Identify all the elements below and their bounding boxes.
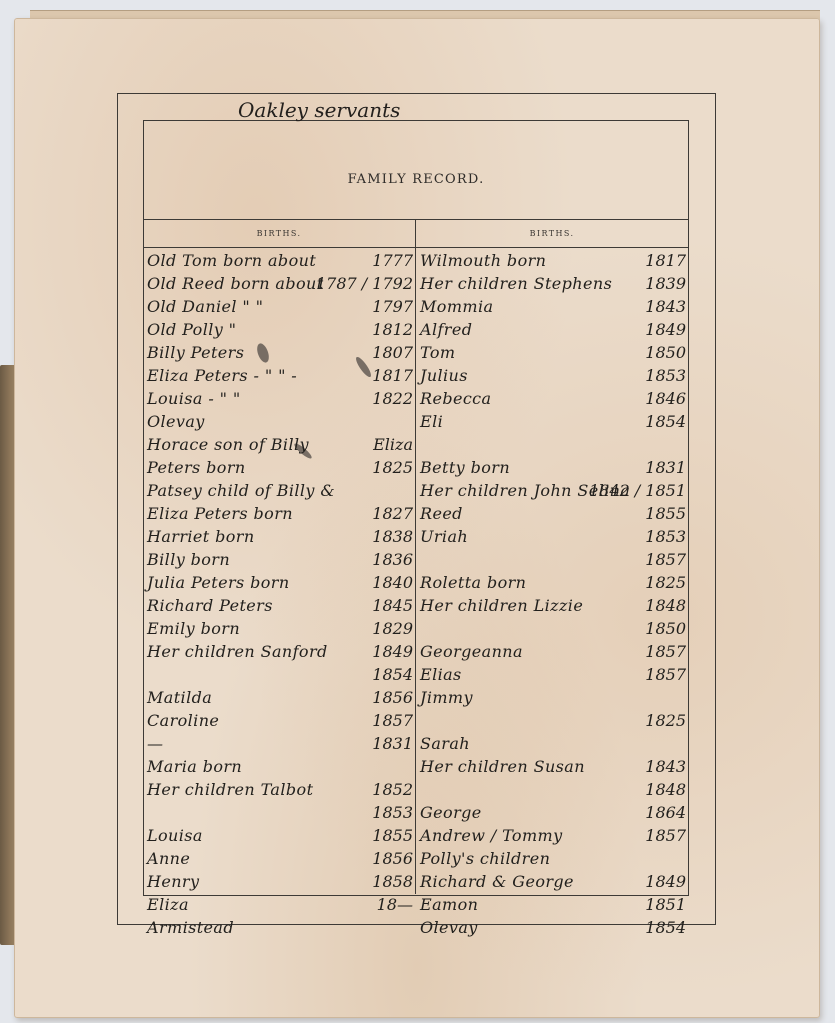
entry-year: 1843 <box>645 297 686 316</box>
entry-year: 1849 <box>645 872 686 891</box>
entry-year: 1797 <box>372 297 413 316</box>
entry-name: George <box>420 803 482 822</box>
births-header-left: BIRTHS. <box>143 229 415 238</box>
birth-entry: Maria born <box>147 755 415 778</box>
entry-name: Polly's children <box>420 849 550 868</box>
birth-entry: Mommia1843 <box>420 295 688 318</box>
birth-entry: Olevay <box>147 410 415 433</box>
entry-name: Georgeanna <box>420 642 523 661</box>
entry-name: Rebecca <box>420 389 492 408</box>
entry-name: Mommia <box>420 297 493 316</box>
birth-entry: Old Polly "1812 <box>147 318 415 341</box>
birth-entry: Wilmouth born1817 <box>420 249 688 272</box>
entry-name: Caroline <box>147 711 219 730</box>
entry-year: 1851 <box>645 895 686 914</box>
entry-year: 1846 <box>645 389 686 408</box>
entry-year: 1854 <box>645 412 686 431</box>
entry-name: Eliza Peters - " " - <box>147 366 297 385</box>
birth-entry: George1864 <box>420 801 688 824</box>
birth-entry: Horace son of BillyEliza <box>147 433 415 456</box>
entry-name: Tom <box>420 343 455 362</box>
entry-year: 1825 <box>372 458 413 477</box>
birth-entry: Billy Peters1807 <box>147 341 415 364</box>
entry-year: 1836 <box>372 550 413 569</box>
birth-entry: Reed1855 <box>420 502 688 525</box>
birth-entry <box>420 433 688 456</box>
entry-name: — <box>147 734 163 753</box>
entry-year: 1854 <box>372 665 413 684</box>
birth-entry: Her children Susan1843 <box>420 755 688 778</box>
entry-year: 1831 <box>645 458 686 477</box>
entry-name: Maria born <box>147 757 242 776</box>
entry-year: 1853 <box>645 366 686 385</box>
birth-entry: Julia Peters born1840 <box>147 571 415 594</box>
entry-year: 1857 <box>372 711 413 730</box>
birth-entry: Sarah <box>420 732 688 755</box>
birth-entry: Eliza18— <box>147 893 415 916</box>
birth-entry: Richard & George1849 <box>420 870 688 893</box>
entry-year: 1864 <box>645 803 686 822</box>
page-title: FAMILY RECORD. <box>143 172 689 187</box>
birth-entry: Peters born1825 <box>147 456 415 479</box>
entry-year: 1842 / 1851 <box>589 481 686 500</box>
entry-name: Armistead <box>147 918 234 937</box>
birth-entry: Jimmy <box>420 686 688 709</box>
entry-year: 1857 <box>645 826 686 845</box>
entry-year: 1850 <box>645 619 686 638</box>
birth-entry: Louisa1855 <box>147 824 415 847</box>
birth-entry: Caroline1857 <box>147 709 415 732</box>
entry-name: Olevay <box>420 918 478 937</box>
entry-name: Julius <box>420 366 468 385</box>
birth-entry: Henry1858 <box>147 870 415 893</box>
entry-name: Olevay <box>147 412 205 431</box>
birth-entry: Old Daniel " "1797 <box>147 295 415 318</box>
entry-year: 1853 <box>372 803 413 822</box>
birth-entry: Rebecca1846 <box>420 387 688 410</box>
entry-year: 1825 <box>645 711 686 730</box>
entry-name: Julia Peters born <box>147 573 290 592</box>
entry-name: Her children Lizzie <box>420 596 583 615</box>
entry-year: 1858 <box>372 872 413 891</box>
birth-entry: Polly's children <box>420 847 688 870</box>
entry-year: 1845 <box>372 596 413 615</box>
birth-entry: Eamon1851 <box>420 893 688 916</box>
entry-year: 18— <box>377 895 413 914</box>
entry-name: Old Tom born about <box>147 251 316 270</box>
entry-year: 1822 <box>372 389 413 408</box>
births-header-right: BIRTHS. <box>416 229 688 238</box>
entry-year: 1825 <box>645 573 686 592</box>
entry-year: 1857 <box>645 642 686 661</box>
entry-year: 1854 <box>645 918 686 937</box>
entry-year: 1807 <box>372 343 413 362</box>
entry-name: Old Daniel " " <box>147 297 263 316</box>
entry-year: 1827 <box>372 504 413 523</box>
birth-entry: Emily born1829 <box>147 617 415 640</box>
entry-year: 1831 <box>372 734 413 753</box>
entry-year: 1817 <box>645 251 686 270</box>
entry-year: 1857 <box>645 550 686 569</box>
entry-year: 1848 <box>645 780 686 799</box>
entry-year: 1852 <box>372 780 413 799</box>
entry-name: Horace son of Billy <box>147 435 309 454</box>
birth-entry: Eliza Peters - " " -1817 <box>147 364 415 387</box>
entry-name: Andrew / Tommy <box>420 826 563 845</box>
entry-name: Wilmouth born <box>420 251 546 270</box>
birth-entry: Her children Lizzie1848 <box>420 594 688 617</box>
birth-entry: Richard Peters1845 <box>147 594 415 617</box>
birth-entry: Eli1854 <box>420 410 688 433</box>
entry-year: 1853 <box>645 527 686 546</box>
entry-year: 1849 <box>645 320 686 339</box>
entry-name: Peters born <box>147 458 246 477</box>
entry-year: 1849 <box>372 642 413 661</box>
entry-name: Patsey child of Billy & <box>147 481 335 500</box>
entry-name: Eli <box>420 412 443 431</box>
entry-name: Anne <box>147 849 190 868</box>
entry-name: Henry <box>147 872 199 891</box>
entry-name: Billy born <box>147 550 230 569</box>
entry-year: 1829 <box>372 619 413 638</box>
birth-entry: Elias1857 <box>420 663 688 686</box>
birth-entry: Olevay1854 <box>420 916 688 939</box>
birth-entry: Her children Stephens1839 <box>420 272 688 295</box>
birth-entry: Eliza Peters born1827 <box>147 502 415 525</box>
entry-year: 1812 <box>372 320 413 339</box>
header-divider <box>143 219 689 220</box>
entry-name: Uriah <box>420 527 468 546</box>
birth-entry: Matilda1856 <box>147 686 415 709</box>
entry-name: Eamon <box>420 895 478 914</box>
birth-entry: —1831 <box>147 732 415 755</box>
birth-entry: 1854 <box>147 663 415 686</box>
births-list-left: Old Tom born about1777Old Reed born abou… <box>147 249 415 939</box>
birth-entry: Georgeanna1857 <box>420 640 688 663</box>
birth-entry: Patsey child of Billy & <box>147 479 415 502</box>
entry-name: Matilda <box>147 688 212 707</box>
entry-year: 1855 <box>645 504 686 523</box>
entry-name: Louisa <box>147 826 203 845</box>
birth-entry: 1850 <box>420 617 688 640</box>
entry-name: Eliza <box>147 895 189 914</box>
column-header-divider <box>143 247 689 248</box>
births-list-right: Wilmouth born1817Her children Stephens18… <box>420 249 688 939</box>
entry-name: Eliza Peters born <box>147 504 293 523</box>
entry-year: 1838 <box>372 527 413 546</box>
birth-entry: Her children Sanford1849 <box>147 640 415 663</box>
birth-entry: Anne1856 <box>147 847 415 870</box>
birth-entry: Betty born1831 <box>420 456 688 479</box>
entry-name: Alfred <box>420 320 472 339</box>
entry-name: Richard Peters <box>147 596 273 615</box>
birth-entry: 1853 <box>147 801 415 824</box>
entry-name: Billy Peters <box>147 343 244 362</box>
entry-name: Old Polly " <box>147 320 236 339</box>
entry-year: 1843 <box>645 757 686 776</box>
birth-entry: Billy born1836 <box>147 548 415 571</box>
handwritten-caption: Oakley servants <box>238 98 400 122</box>
birth-entry: Harriet born1838 <box>147 525 415 548</box>
birth-entry: Old Tom born about1777 <box>147 249 415 272</box>
entry-year: 1840 <box>372 573 413 592</box>
birth-entry: Alfred1849 <box>420 318 688 341</box>
entry-name: Betty born <box>420 458 510 477</box>
entry-year: 1856 <box>372 849 413 868</box>
entry-name: Elias <box>420 665 462 684</box>
birth-entry: Uriah1853 <box>420 525 688 548</box>
birth-entry: Louisa - " "1822 <box>147 387 415 410</box>
entry-name: Louisa - " " <box>147 389 241 408</box>
birth-entry: 1857 <box>420 548 688 571</box>
birth-entry: Andrew / Tommy1857 <box>420 824 688 847</box>
entry-name: Sarah <box>420 734 470 753</box>
entry-name: Emily born <box>147 619 240 638</box>
entry-name: Harriet born <box>147 527 255 546</box>
entry-year: 1856 <box>372 688 413 707</box>
entry-name: Reed <box>420 504 463 523</box>
birth-entry: Armistead <box>147 916 415 939</box>
birth-entry: Her children Talbot1852 <box>147 778 415 801</box>
entry-name: Her children Talbot <box>147 780 313 799</box>
entry-name: Her children Sanford <box>147 642 328 661</box>
entry-name: Her children Stephens <box>420 274 612 293</box>
entry-year: 1855 <box>372 826 413 845</box>
entry-year: 1857 <box>645 665 686 684</box>
column-divider <box>415 219 416 894</box>
entry-year: 1848 <box>645 596 686 615</box>
birth-entry: Old Reed born about1787 / 1792 <box>147 272 415 295</box>
entry-year: 1817 <box>372 366 413 385</box>
entry-year: 1777 <box>372 251 413 270</box>
birth-entry: 1848 <box>420 778 688 801</box>
entry-name: Roletta born <box>420 573 526 592</box>
birth-entry: Julius1853 <box>420 364 688 387</box>
entry-year: 1787 / 1792 <box>316 274 413 293</box>
entry-year: 1850 <box>645 343 686 362</box>
birth-entry: 1825 <box>420 709 688 732</box>
entry-year: Eliza <box>373 435 413 454</box>
entry-name: Richard & George <box>420 872 574 891</box>
entry-year: 1839 <box>645 274 686 293</box>
birth-entry: Roletta born1825 <box>420 571 688 594</box>
birth-entry: Her children John Selina1842 / 1851 <box>420 479 688 502</box>
entry-name: Jimmy <box>420 688 473 707</box>
entry-name: Old Reed born about <box>147 274 324 293</box>
birth-entry: Tom1850 <box>420 341 688 364</box>
entry-name: Her children Susan <box>420 757 585 776</box>
